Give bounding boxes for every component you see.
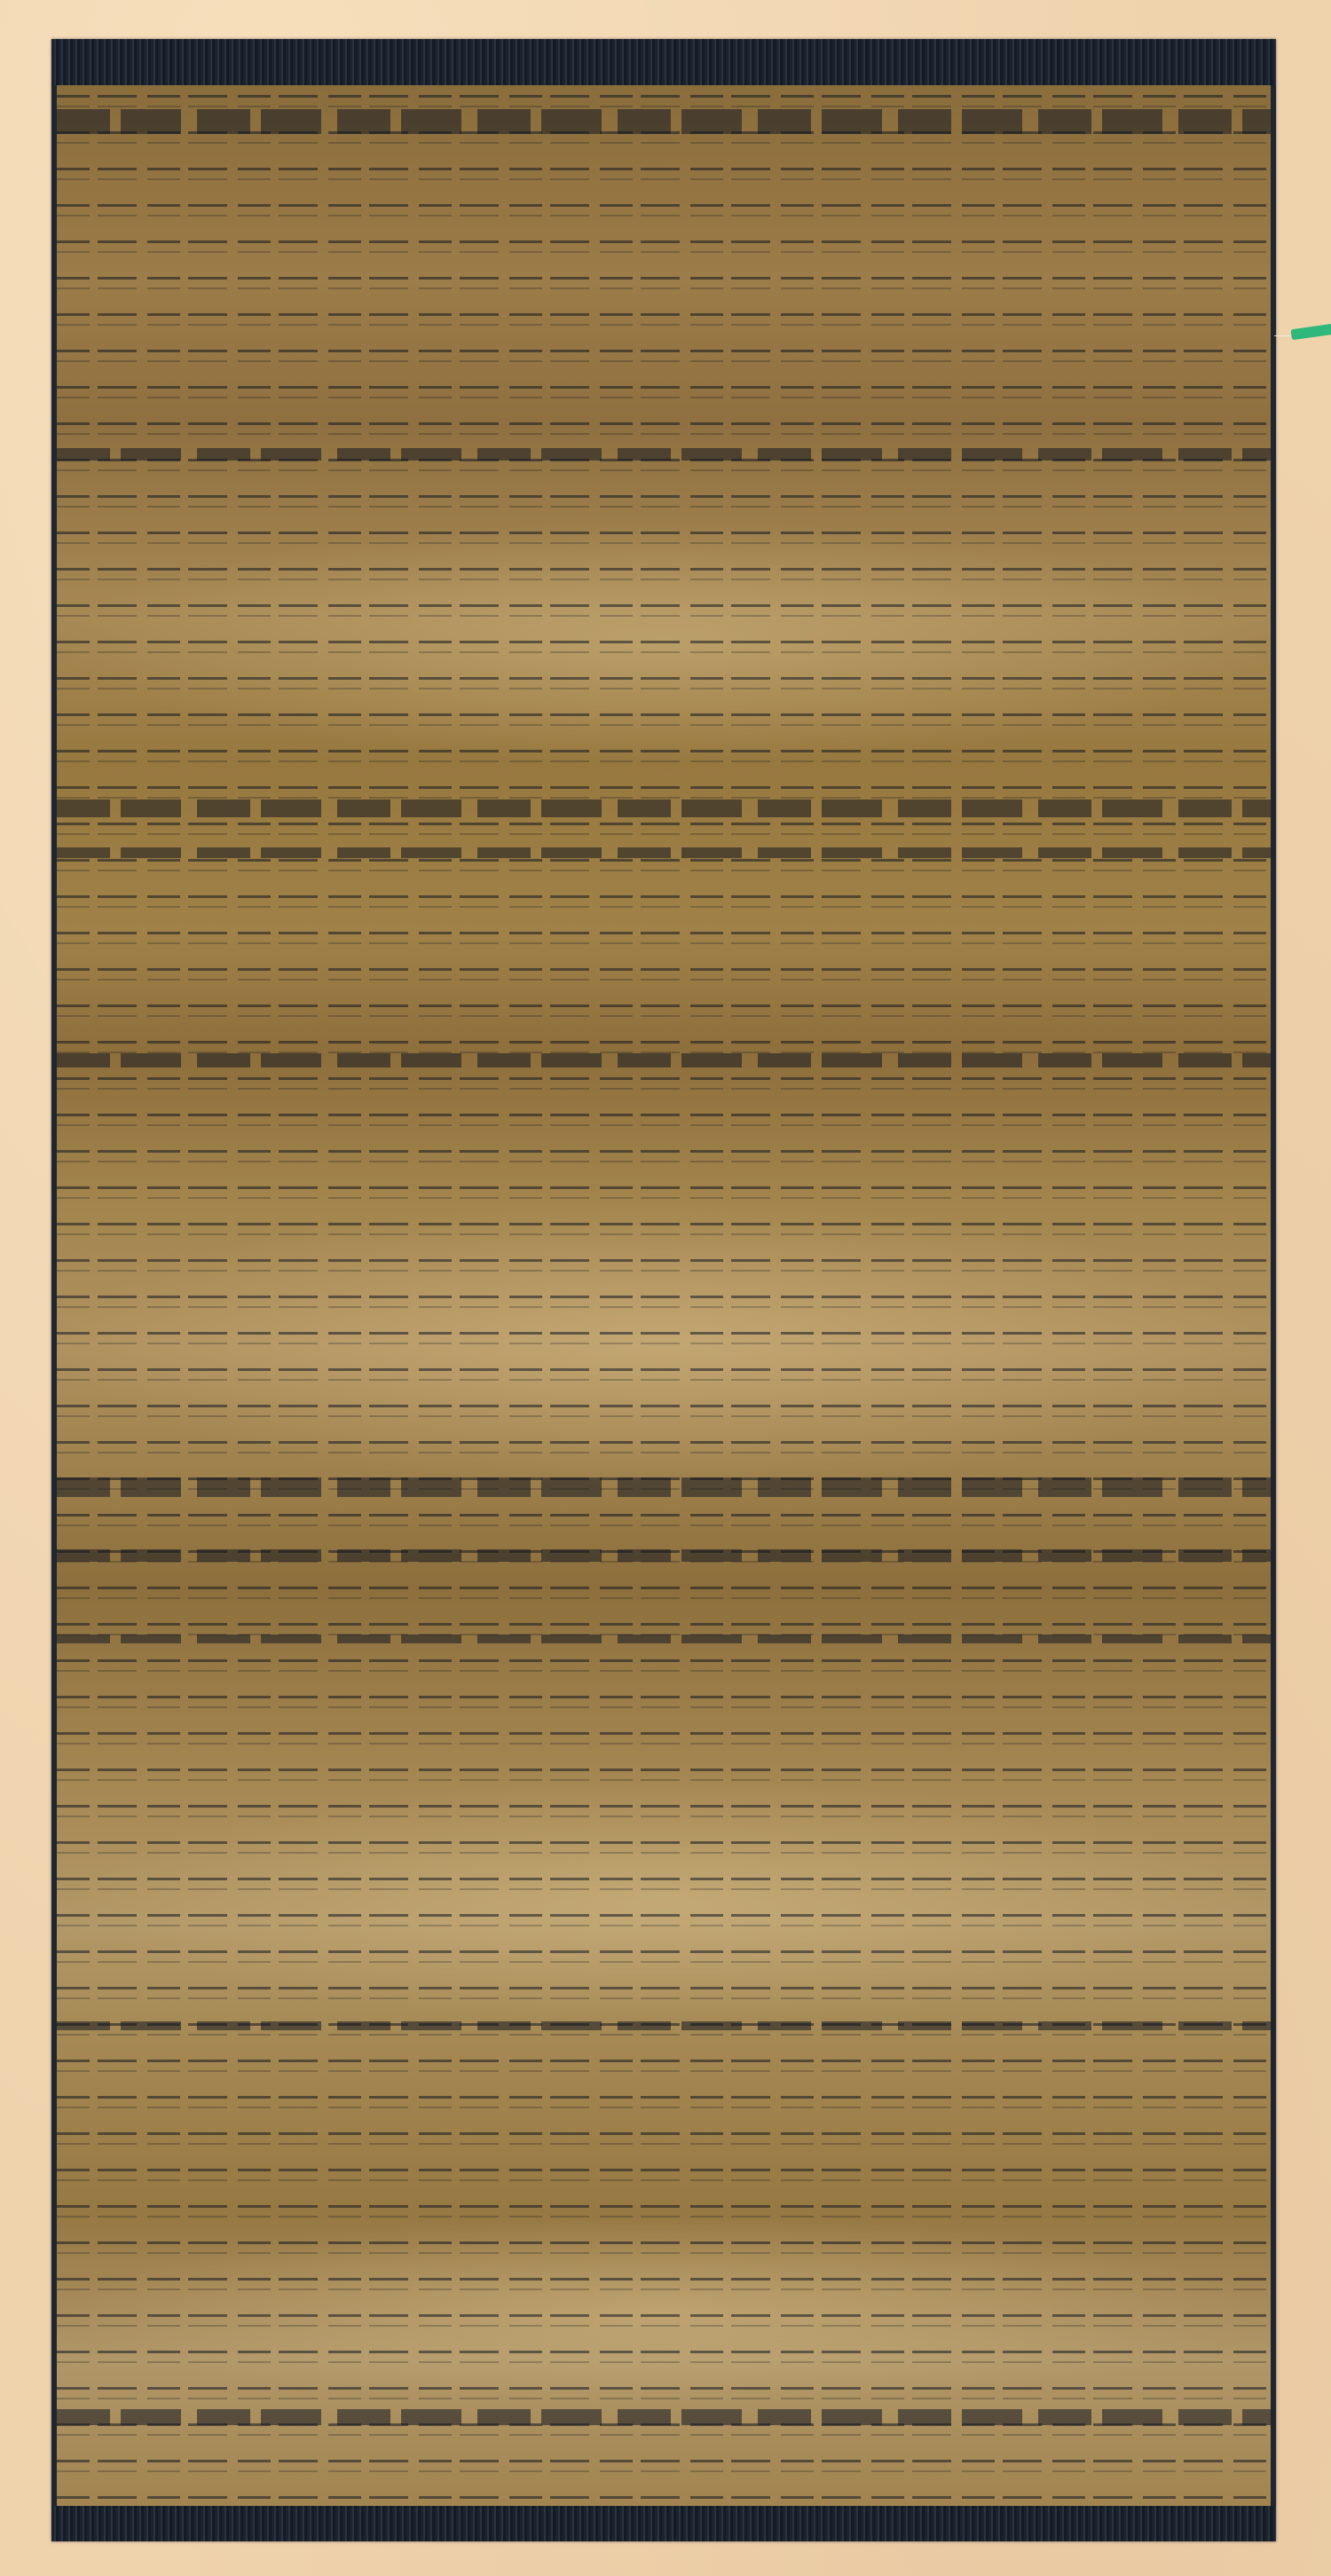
rug xyxy=(51,39,1276,2541)
navy-stripe-band xyxy=(57,109,1271,134)
navy-stripe-band xyxy=(57,800,1271,817)
navy-stripe-band xyxy=(57,2409,1271,2425)
navy-stripe-band xyxy=(57,1477,1271,1497)
navy-stripe-band xyxy=(57,448,1271,461)
rug-fringe-top xyxy=(51,39,1276,85)
navy-stripe-band xyxy=(57,1549,1271,1562)
navy-stripe-band xyxy=(57,1635,1271,1643)
navy-stripe-band xyxy=(57,2021,1271,2030)
rug-pile-field xyxy=(57,85,1271,2506)
rug-fringe-bottom xyxy=(51,2506,1276,2541)
navy-stripe-band xyxy=(57,1053,1271,1067)
navy-stripe-band xyxy=(57,847,1271,858)
